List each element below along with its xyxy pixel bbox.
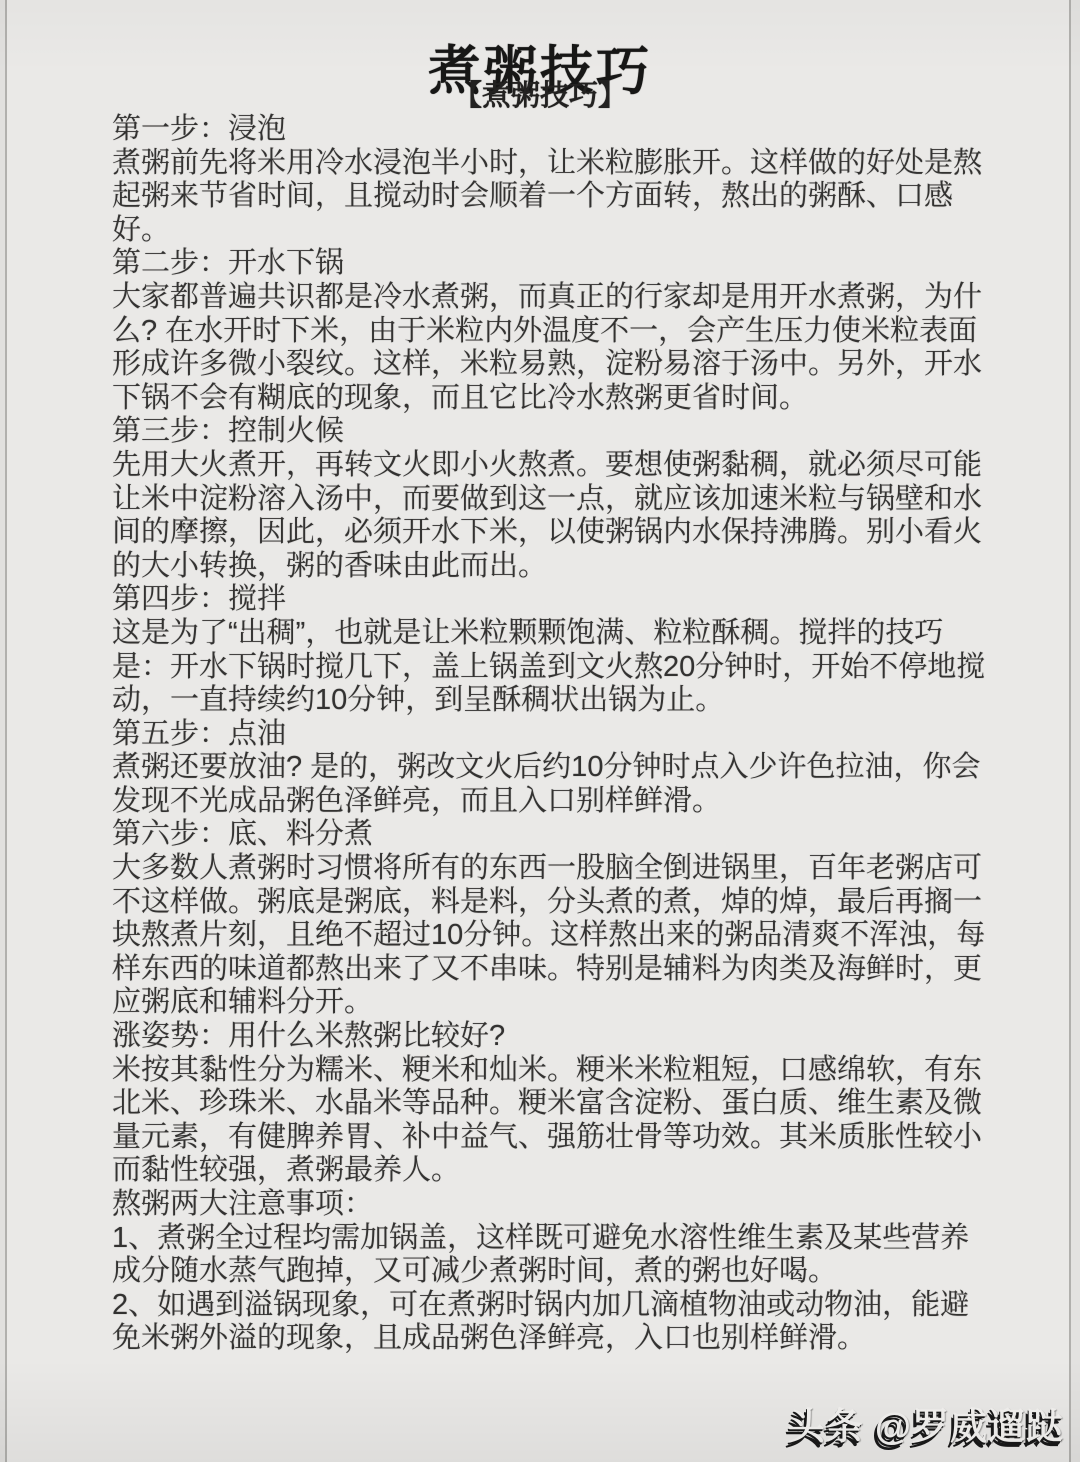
section-body: 煮粥前先将米用冷水浸泡半小时，让米粒膨胀开。这样做的好处是熬 起粥来节省时间，且… xyxy=(112,147,1052,248)
section-body: 先用大火煮开，再转文火即小火熬煮。要想使粥黏稠，就必须尽可能 让米中淀粉溶入汤中… xyxy=(112,449,1052,583)
photo-edge-line-left xyxy=(5,0,7,1462)
page-subtitle: 【煮粥技巧】 xyxy=(0,78,1080,114)
section-rice-tips: 涨姿势：用什么米熬粥比较好? 米按其黏性分为糯米、粳米和灿米。粳米米粒粗短，口感… xyxy=(112,1020,1052,1188)
section-heading: 第一步：浸泡 xyxy=(112,113,1052,147)
section-two-notes: 熬粥两大注意事项： 1、煮粥全过程均需加锅盖，这样既可避免水溶性维生素及某些营养… xyxy=(112,1188,1052,1356)
section-body: 大家都普遍共识都是冷水煮粥，而真正的行家却是用开水煮粥，为什 么? 在水开时下米… xyxy=(112,281,1052,415)
photo-edge-line-right xyxy=(1069,0,1071,1462)
section-step-6: 第六步：底、料分煮 大多数人煮粥时习惯将所有的东西一股脑全倒进锅里，百年老粥店可… xyxy=(112,818,1052,1020)
section-step-2: 第二步：开水下锅 大家都普遍共识都是冷水煮粥，而真正的行家却是用开水煮粥，为什 … xyxy=(112,247,1052,415)
section-body: 这是为了“出稠”，也就是让米粒颗颗饱满、粒粒酥稠。搅拌的技巧 是：开水下锅时搅几… xyxy=(112,617,1052,718)
section-body: 煮粥还要放油? 是的，粥改文火后约10分钟时点入少许色拉油，你会 发现不光成品粥… xyxy=(112,751,1052,818)
section-heading: 第五步：点油 xyxy=(112,718,1052,752)
section-heading: 第四步：搅拌 xyxy=(112,583,1052,617)
section-heading: 第三步：控制火候 xyxy=(112,415,1052,449)
section-body: 大多数人煮粥时习惯将所有的东西一股脑全倒进锅里，百年老粥店可 不这样做。粥底是粥… xyxy=(112,852,1052,1020)
photo-edge-strip-right xyxy=(1071,0,1080,1462)
section-step-3: 第三步：控制火候 先用大火煮开，再转文火即小火熬煮。要想使粥黏稠，就必须尽可能 … xyxy=(112,415,1052,583)
section-step-5: 第五步：点油 煮粥还要放油? 是的，粥改文火后约10分钟时点入少许色拉油，你会 … xyxy=(112,718,1052,819)
article-body: 第一步：浸泡 煮粥前先将米用冷水浸泡半小时，让米粒膨胀开。这样做的好处是熬 起粥… xyxy=(112,113,1052,1356)
section-body: 米按其黏性分为糯米、粳米和灿米。粳米米粒粗短，口感绵软，有东 北米、珍珠米、水晶… xyxy=(112,1054,1052,1188)
section-step-4: 第四步：搅拌 这是为了“出稠”，也就是让米粒颗颗饱满、粒粒酥稠。搅拌的技巧 是：… xyxy=(112,583,1052,717)
section-heading: 第二步：开水下锅 xyxy=(112,247,1052,281)
section-heading: 涨姿势：用什么米熬粥比较好? xyxy=(112,1020,1052,1054)
toutiao-watermark: 头条 @罗威遛跶 xyxy=(788,1396,1064,1450)
section-heading: 熬粥两大注意事项： xyxy=(112,1188,1052,1222)
section-heading: 第六步：底、料分煮 xyxy=(112,818,1052,852)
section-step-1: 第一步：浸泡 煮粥前先将米用冷水浸泡半小时，让米粒膨胀开。这样做的好处是熬 起粥… xyxy=(112,113,1052,247)
section-body: 1、煮粥全过程均需加锅盖，这样既可避免水溶性维生素及某些营养 成分随水蒸气跑掉，… xyxy=(112,1222,1052,1356)
